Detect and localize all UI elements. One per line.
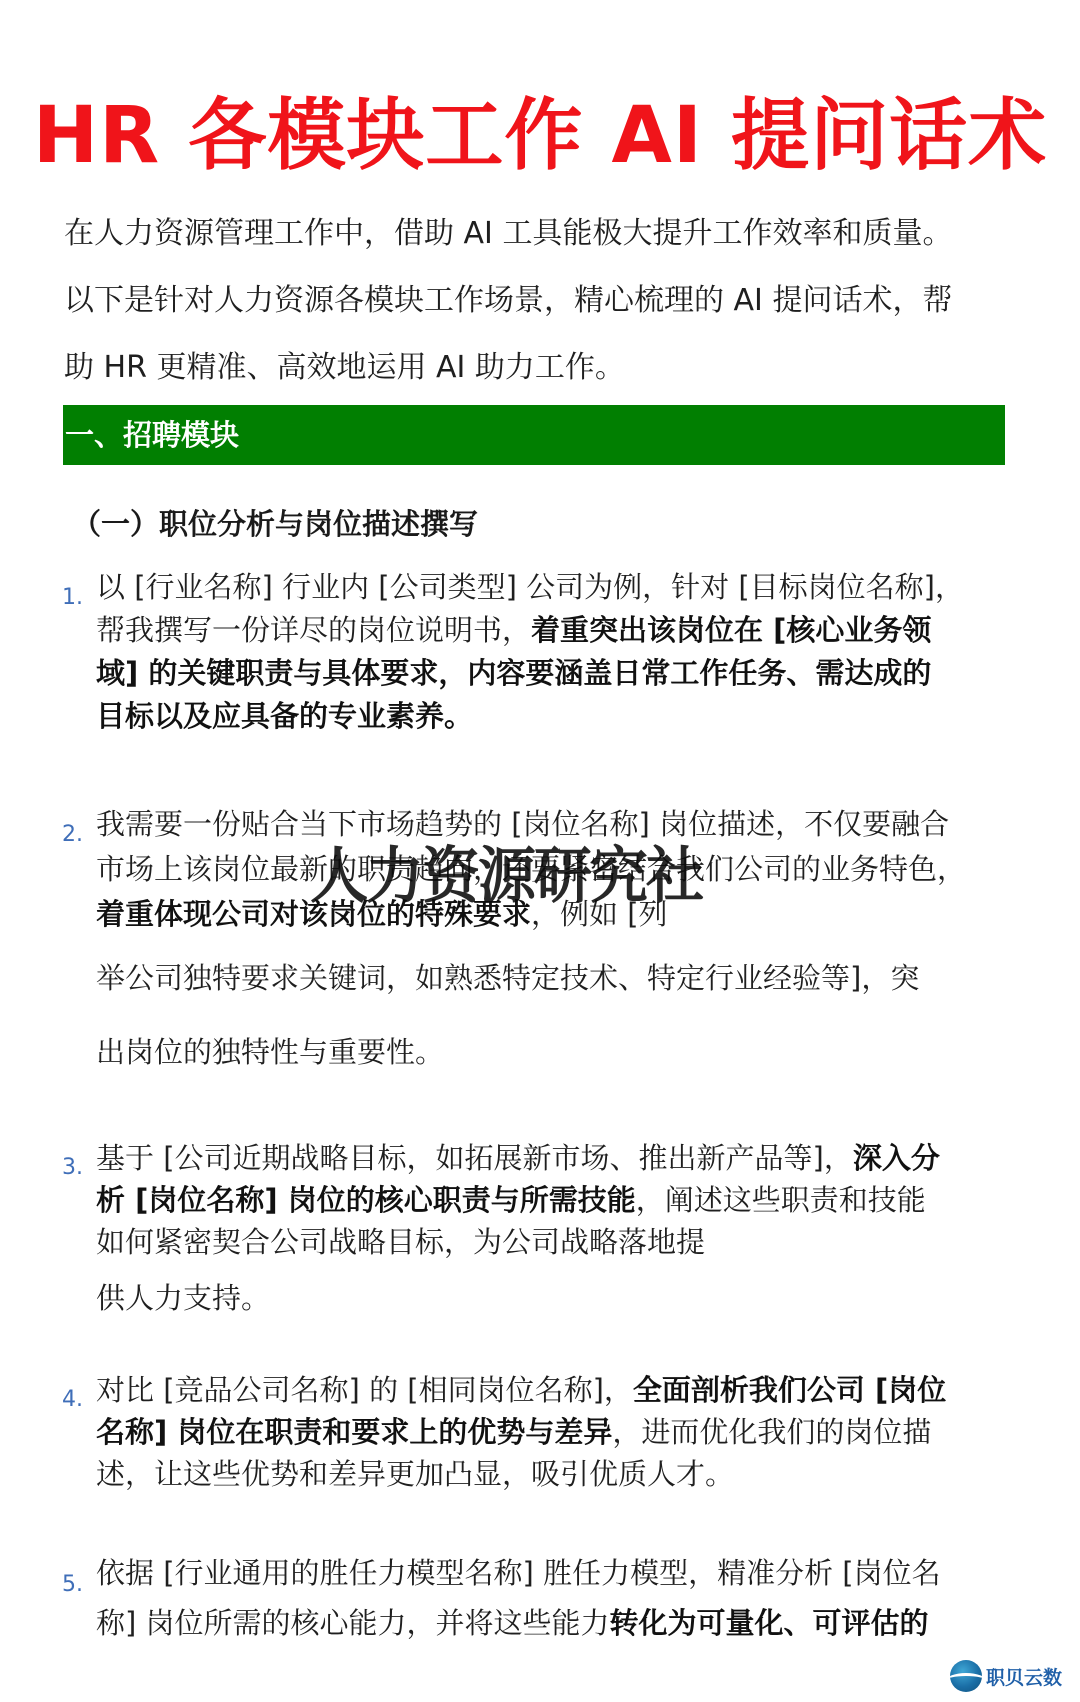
list-number: 2. [62,812,92,857]
text-line: 域] 的关键职责与具体要求，内容要涵盖日常工作任务、需达成的 [96,652,1022,695]
list-item: 4. 对比 [竞品公司名称] 的 [相同岗位名称]，全面剖析我们公司 [岗位 名… [62,1369,1022,1495]
bold-text: 深入分 [853,1141,940,1175]
text-line: 称] 岗位所需的核心能力，并将这些能力转化为可量化、可评估的 [96,1598,1022,1648]
list-number: 4. [62,1379,92,1421]
bold-text: 着重体现公司对该岗位的特殊要求 [96,897,531,931]
bold-text: 全面剖析我们公司 [岗位 [633,1373,946,1407]
plain-text: ，例如 [列 [531,897,668,931]
bold-text: 着重突出该岗位在 [核心业务领 [531,613,931,647]
intro-paragraph: 在人力资源管理工作中，借助 AI 工具能极大提升工作效率和质量。 以下是针对人力… [64,200,1024,401]
bold-text: 析 [岗位名称] 岗位的核心职责与所需技能 [96,1183,636,1217]
list-number: 1. [62,576,92,619]
text-line: 析 [岗位名称] 岗位的核心职责与所需技能，阐述这些职责和技能 [96,1179,1022,1221]
plain-text: ，阐述这些职责和技能 [636,1183,926,1217]
list-item-body: 我需要一份贴合当下市场趋势的 [岗位名称] 岗位描述，不仅要融合 市场上该岗位最… [96,802,1022,1085]
bold-text: 名称] 岗位在职责和要求上的优势与差异 [96,1415,612,1449]
text-line: 如何紧密契合公司战略目标，为公司战略落地提 [96,1221,1022,1263]
intro-line: 在人力资源管理工作中，借助 AI 工具能极大提升工作效率和质量。 [64,200,1024,267]
text-line: 名称] 岗位在职责和要求上的优势与差异，进而优化我们的岗位描 [96,1411,1022,1453]
list-number: 3. [62,1147,92,1189]
list-number: 5. [62,1560,92,1610]
text-line: 以 [行业名称] 行业内 [公司类型] 公司为例，针对 [目标岗位名称]， [96,566,1022,609]
text-line: 对比 [竞品公司名称] 的 [相同岗位名称]，全面剖析我们公司 [岗位 [96,1369,1022,1411]
brand-name: 职贝云数 [986,1663,1062,1690]
wave-globe-logo-icon [950,1660,982,1692]
text-line: 市场上该岗位最新的职责趋向，还要紧密结合我们公司的业务特色， [96,847,1022,892]
text-line: 出岗位的独特性与重要性。 [96,1019,1022,1085]
plain-text: 帮我撰写一份详尽的岗位说明书， [96,613,531,647]
list-item-body: 基于 [公司近期战略目标，如拓展新市场、推出新产品等]，深入分 析 [岗位名称]… [96,1137,1022,1319]
plain-text: 基于 [公司近期战略目标，如拓展新市场、推出新产品等]， [96,1141,853,1175]
list-item: 2. 我需要一份贴合当下市场趋势的 [岗位名称] 岗位描述，不仅要融合 市场上该… [62,802,1022,1085]
bold-text: 目标以及应具备的专业素养。 [96,699,473,733]
section-heading-recruitment: 一、招聘模块 [63,405,1005,465]
subsection-heading: （一）职位分析与岗位描述撰写 [72,502,478,546]
plain-text: 称] 岗位所需的核心能力，并将这些能力 [96,1606,610,1640]
text-line: 基于 [公司近期战略目标，如拓展新市场、推出新产品等]，深入分 [96,1137,1022,1179]
text-line: 帮我撰写一份详尽的岗位说明书，着重突出该岗位在 [核心业务领 [96,609,1022,652]
text-line: 供人力支持。 [96,1277,1022,1319]
list-item: 3. 基于 [公司近期战略目标，如拓展新市场、推出新产品等]，深入分 析 [岗位… [62,1137,1022,1319]
plain-text: 对比 [竞品公司名称] 的 [相同岗位名称]， [96,1373,633,1407]
intro-line: 助 HR 更精准、高效地运用 AI 助力工作。 [64,334,1024,401]
list-item-body: 依据 [行业通用的胜任力模型名称] 胜任力模型，精准分析 [岗位名 称] 岗位所… [96,1548,1022,1648]
bold-text: 域] 的关键职责与具体要求，内容要涵盖日常工作任务、需达成的 [96,656,931,690]
text-line: 述，让这些优势和差异更加凸显，吸引优质人才。 [96,1453,1022,1495]
list-item-body: 以 [行业名称] 行业内 [公司类型] 公司为例，针对 [目标岗位名称]， 帮我… [96,566,1022,738]
page-title: HR 各模块工作 AI 提问话术 [0,86,1080,186]
bold-text: 转化为可量化、可评估的 [610,1606,929,1640]
intro-line: 以下是针对人力资源各模块工作场景，精心梳理的 AI 提问话术，帮 [64,267,1024,334]
text-line: 目标以及应具备的专业素养。 [96,695,1022,738]
list-item-body: 对比 [竞品公司名称] 的 [相同岗位名称]，全面剖析我们公司 [岗位 名称] … [96,1369,1022,1495]
list-item: 1. 以 [行业名称] 行业内 [公司类型] 公司为例，针对 [目标岗位名称]，… [62,566,1022,738]
text-line: 着重体现公司对该岗位的特殊要求，例如 [列 [96,892,1022,937]
brand-logo-block: 职贝云数 [950,1660,1062,1692]
text-line: 我需要一份贴合当下市场趋势的 [岗位名称] 岗位描述，不仅要融合 [96,802,1022,847]
plain-text: ，进而优化我们的岗位描 [612,1415,931,1449]
text-line: 依据 [行业通用的胜任力模型名称] 胜任力模型，精准分析 [岗位名 [96,1548,1022,1598]
text-line: 举公司独特要求关键词，如熟悉特定技术、特定行业经验等]，突 [96,945,1022,1011]
list-item: 5. 依据 [行业通用的胜任力模型名称] 胜任力模型，精准分析 [岗位名 称] … [62,1548,1022,1648]
